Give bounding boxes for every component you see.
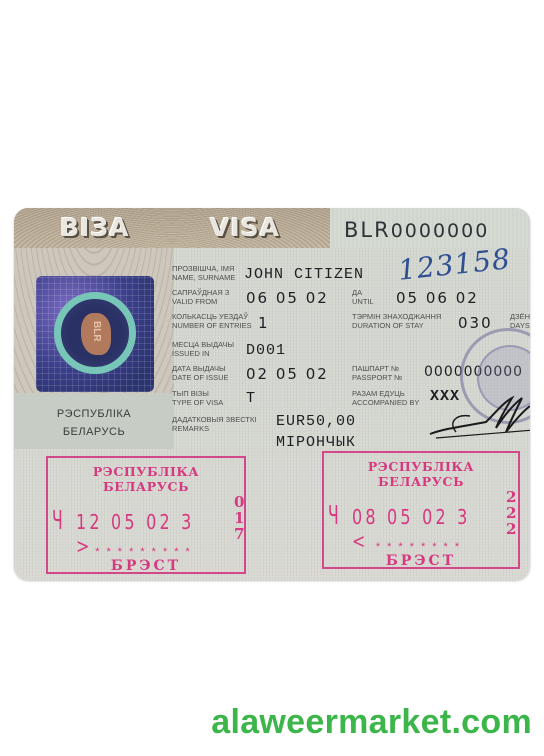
handwritten-number: 123158: [397, 242, 513, 287]
issued-in-value: D001: [246, 342, 286, 359]
remarks-value-line-1: EUR50,00: [276, 413, 356, 430]
name-label-en: Name, surname: [172, 273, 235, 282]
days-label-by: дзён: [510, 312, 530, 321]
country-line-2: БЕЛАРУСЬ: [14, 423, 174, 441]
stamp-code: Ч: [328, 501, 339, 531]
hologram-ring: BLR: [54, 292, 136, 374]
stamp-header: РЭСПУБЛІКА БЕЛАРУСЬ: [324, 459, 518, 489]
issued-in-label: Месца выдачы Issued in: [172, 340, 234, 358]
valid-from-label: Сапраўдная з Valid from: [172, 288, 229, 306]
stamp-stars: *********: [48, 546, 244, 558]
remarks-label: Дадатковыя звесткі Remarks: [172, 415, 256, 433]
type-label: Тып візы Type of visa: [172, 389, 223, 407]
hologram-text: BLR: [91, 321, 102, 342]
visa-number: BLR0000000: [344, 218, 489, 242]
duration-label-by: Тэрмін знаходжання: [352, 312, 441, 321]
issued-in-label-en: Issued in: [172, 349, 234, 358]
entries-label-by: Колькасць уездаў: [172, 312, 252, 321]
stamp-stars: ********: [324, 541, 518, 553]
until-label-by: да: [352, 288, 374, 297]
entries-label: Колькасць уездаў Number of entries: [172, 312, 252, 330]
visa-title-belarusian: ВІЗА: [60, 213, 129, 242]
name-label-by: Прозвішча, імя: [172, 264, 235, 273]
visa-number-digits: 0000000: [391, 220, 490, 242]
accompanied-label: Разам едуць Accompanied by: [352, 389, 419, 407]
country-name: РЭСПУБЛІКА БЕЛАРУСЬ: [14, 405, 174, 441]
stamp-side-number: 2 2 2: [506, 489, 516, 537]
visa-title-english: VISA: [210, 213, 280, 242]
country-line-1: РЭСПУБЛІКА: [14, 405, 174, 423]
stamp-side-digit: 2: [506, 489, 516, 505]
accompanied-label-by: Разам едуць: [352, 389, 419, 398]
remarks-label-by: Дадатковыя звесткі: [172, 415, 256, 424]
stamp-side-number: 0 1 7: [234, 494, 244, 542]
duration-label-en: Duration of stay: [352, 321, 441, 330]
stamp-side-digit: 2: [506, 521, 516, 537]
issued-in-label-by: Месца выдачы: [172, 340, 234, 349]
date-of-issue-label: Дата выдачы Date of issue: [172, 364, 229, 382]
date-of-issue-label-en: Date of issue: [172, 373, 229, 382]
remarks-label-en: Remarks: [172, 424, 256, 433]
passport-label-by: Пашпарт №: [352, 364, 402, 373]
type-label-en: Type of visa: [172, 398, 223, 407]
valid-from-label-by: Сапраўдная з: [172, 288, 229, 297]
stamp-side-digit: 7: [234, 526, 244, 542]
remarks-value-line-2: МІРОНЧЫК: [276, 434, 356, 451]
watermark-link: alaweermarket.com: [0, 703, 544, 742]
stamp-side-digit: 0: [234, 494, 244, 510]
passport-label: Пашпарт № Passport №: [352, 364, 402, 382]
type-label-by: Тып візы: [172, 389, 223, 398]
passport-label-en: Passport №: [352, 373, 402, 382]
until-label-en: until: [352, 297, 374, 306]
valid-from-label-en: Valid from: [172, 297, 229, 306]
duration-value: 030: [458, 314, 493, 332]
date-of-issue-label-by: Дата выдачы: [172, 364, 229, 373]
visa-number-prefix: BLR: [344, 218, 391, 242]
stamp-city: БРЭСТ: [324, 553, 518, 569]
until-value: 05 06 02: [396, 289, 479, 307]
name-label: Прозвішча, імя Name, surname: [172, 264, 235, 282]
exit-stamp: РЭСПУБЛІКА БЕЛАРУСЬ Ч 08 05 02 3 < 2 2 2…: [322, 451, 520, 569]
accompanied-label-en: Accompanied by: [352, 398, 419, 407]
date-of-issue-value: 02 05 02: [246, 365, 329, 383]
entries-label-en: Number of entries: [172, 321, 252, 330]
duration-label: Тэрмін знаходжання Duration of stay: [352, 312, 441, 330]
stamp-side-digit: 2: [506, 505, 516, 521]
visa-card: ВІЗА VISA BLR0000000 BLR РЭСПУБЛІКА БЕЛА…: [14, 208, 530, 580]
hologram-icon: BLR: [36, 276, 154, 392]
stamp-city: БРЭСТ: [48, 558, 244, 574]
entries-value: 1: [258, 314, 270, 332]
stamp-header: РЭСПУБЛІКА БЕЛАРУСЬ: [48, 464, 244, 494]
entry-stamp: РЭСПУБЛІКА БЕЛАРУСЬ Ч 12 05 02 3 > 0 1 7…: [46, 456, 246, 574]
type-value: T: [246, 390, 256, 407]
until-label: да until: [352, 288, 374, 306]
stamp-code: Ч: [52, 506, 63, 536]
name-value: JOHN CITIZEN: [244, 266, 364, 283]
stamp-side-digit: 1: [234, 510, 244, 526]
valid-from-value: 06 05 02: [246, 289, 329, 307]
signature-icon: [426, 392, 530, 442]
